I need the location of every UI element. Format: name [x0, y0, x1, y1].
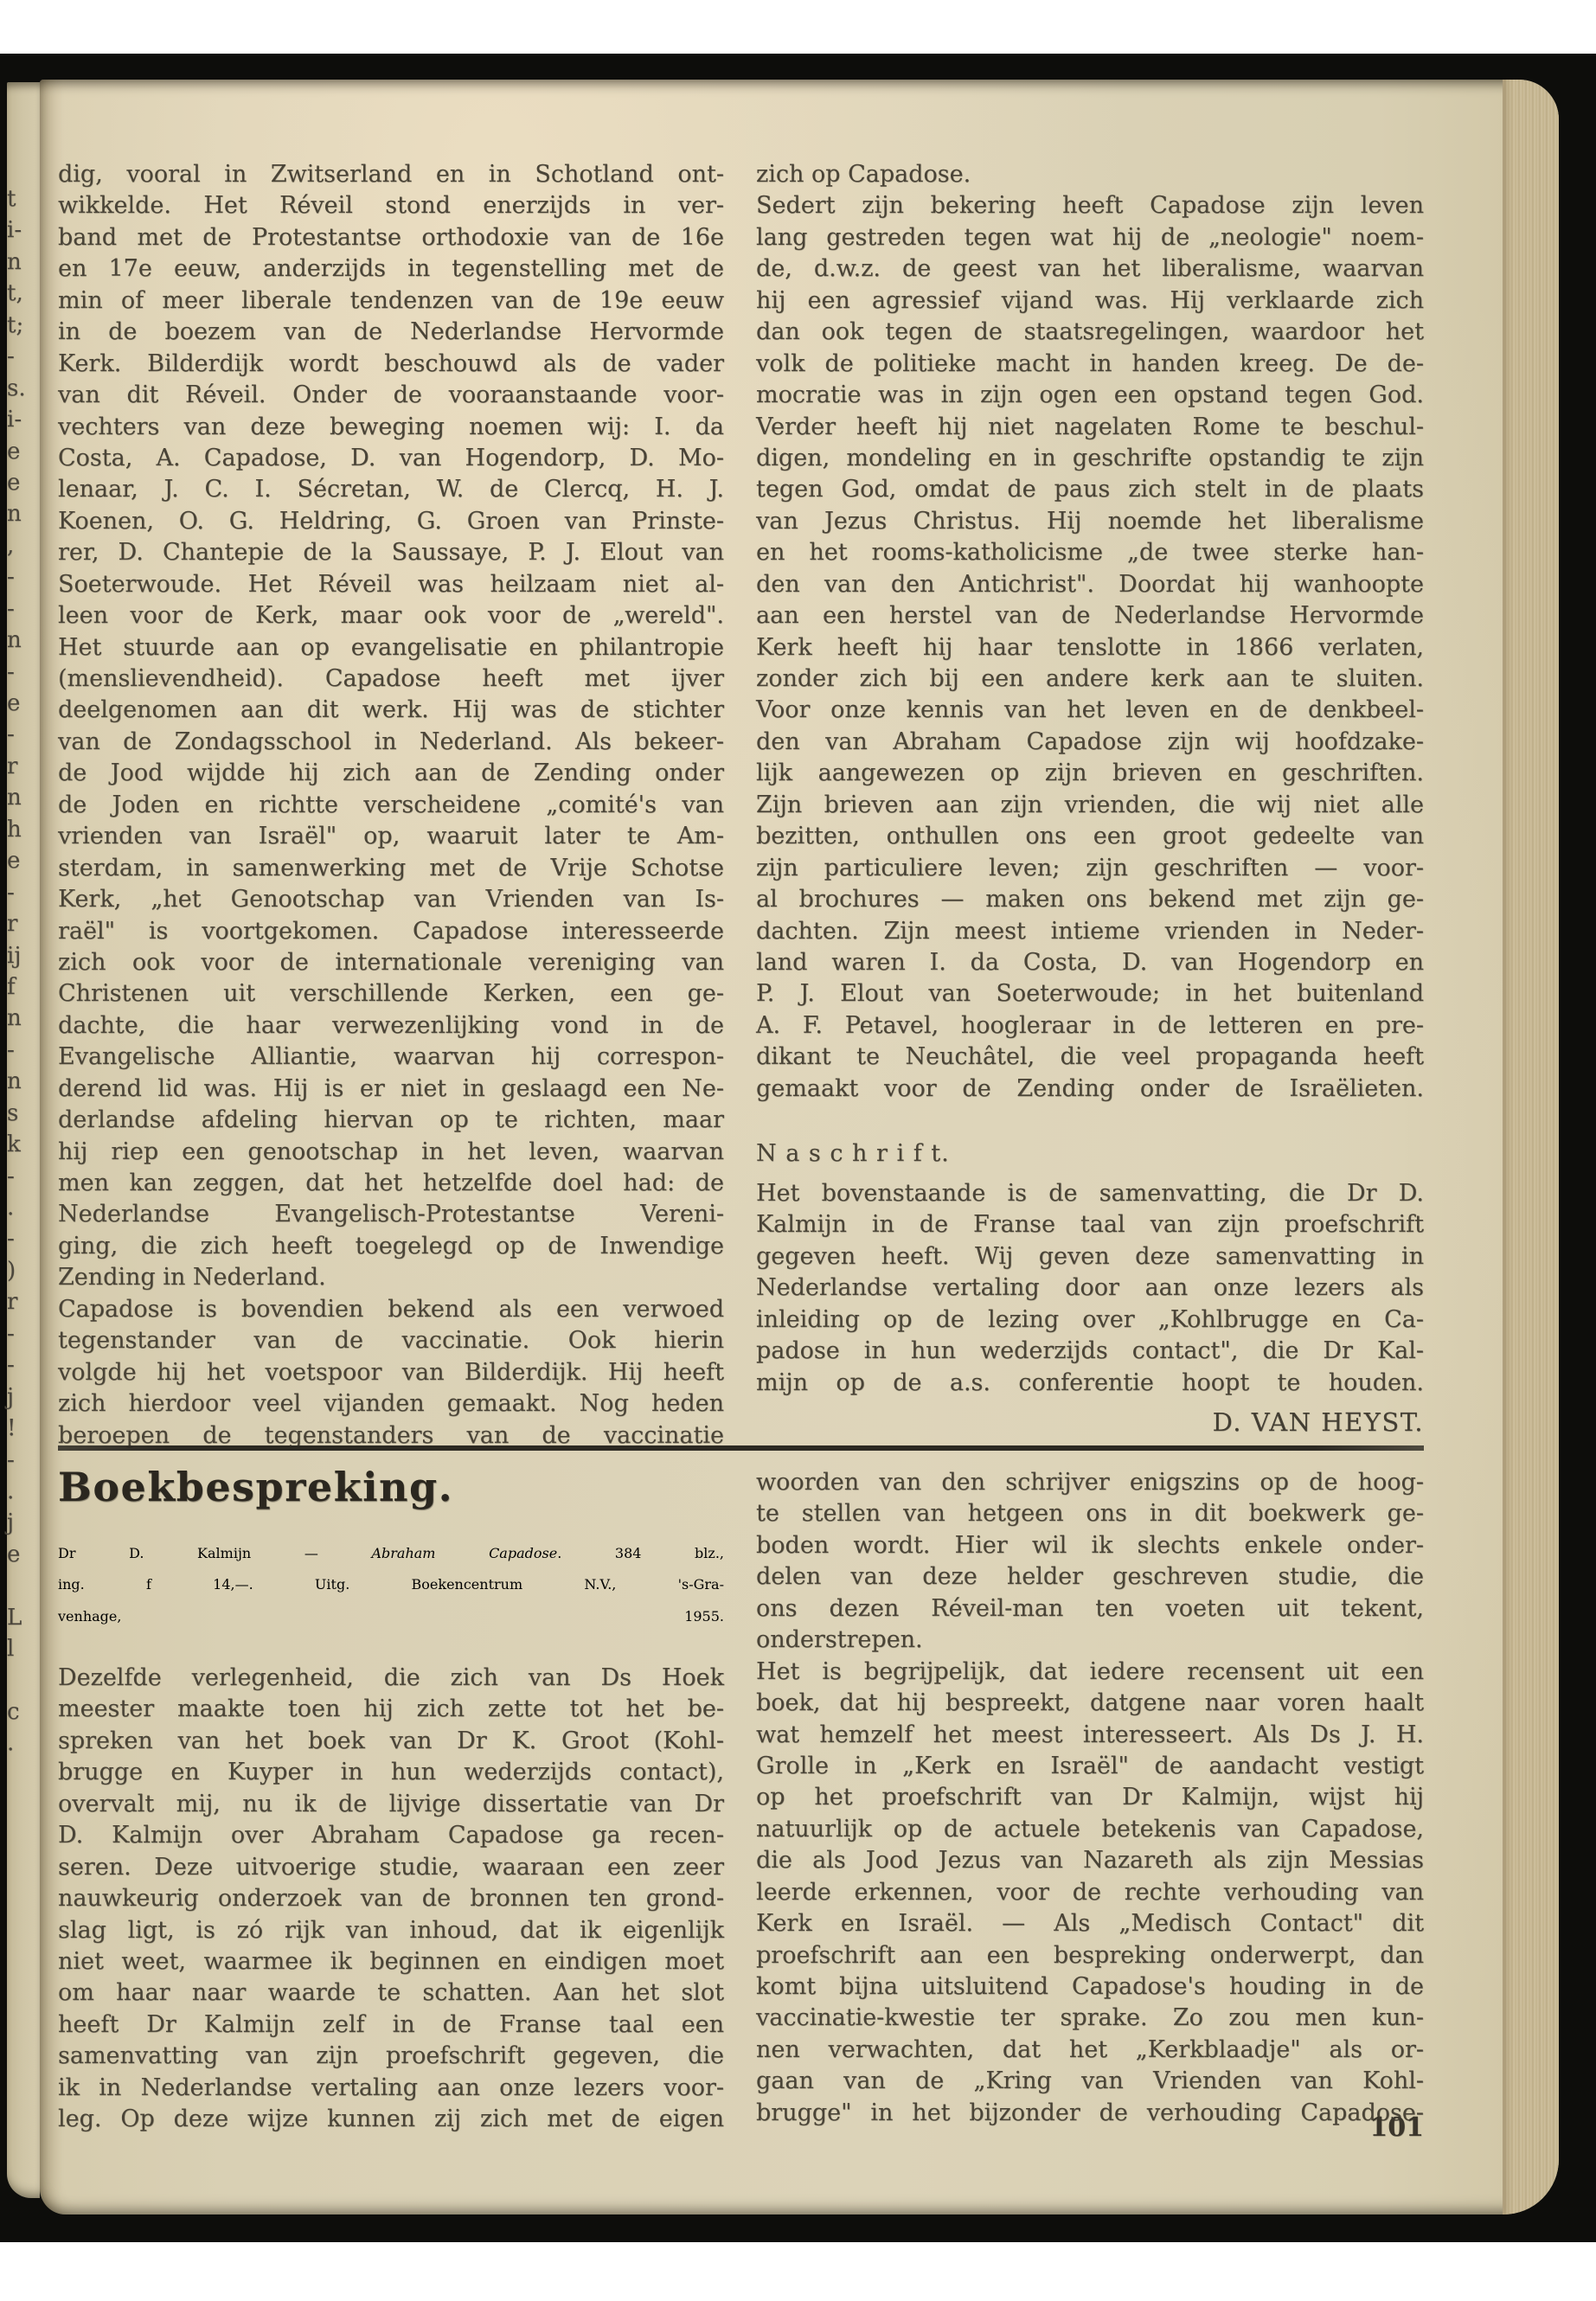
margin-fragment: t;: [7, 310, 35, 341]
margin-fragment: n: [7, 1003, 35, 1034]
margin-fragment: -: [7, 1223, 35, 1254]
author-signature: D. VAN HEYST.: [756, 1407, 1424, 1438]
text-line: natuurlijk op de actuele betekenis van C…: [756, 1814, 1424, 1845]
margin-fragment: e: [7, 688, 35, 719]
margin-fragment: n: [7, 1066, 35, 1097]
margin-fragment: n: [7, 498, 35, 529]
margin-fragment: n: [7, 782, 35, 813]
margin-fragment: .: [7, 1476, 35, 1507]
scanned-book-page-photo: { "page": { "number": "101", "signature"…: [0, 0, 1596, 2301]
margin-fragment: r: [7, 908, 35, 939]
margin-fragment: t,: [7, 278, 35, 309]
text-line: Zijn brieven aan zijn vrienden, die wij …: [756, 790, 1424, 821]
text-line: P. J. Elout van Soeterwoude; in het buit…: [756, 978, 1424, 1009]
margin-fragment: .: [7, 1192, 35, 1223]
text-line: inleiding op de lezing over „Kohlbrugge …: [756, 1304, 1424, 1336]
text-line: bezitten, onthullen ons een groot gedeel…: [756, 821, 1424, 852]
text-line: D. Kalmijn over Abraham Capadose ga rece…: [58, 1820, 724, 1851]
margin-fragment: ): [7, 1255, 35, 1286]
text-line: A. F. Petavel, hoogleraar in de letteren…: [756, 1010, 1424, 1042]
text-line: om haar naar waarde te schatten. Aan het…: [58, 1977, 724, 2009]
text-line: brugge en Kuyper in hun wederzijds conta…: [58, 1757, 724, 1788]
margin-fragment: -: [7, 561, 35, 593]
margin-fragment: -: [7, 1349, 35, 1381]
margin-fragment: n: [7, 247, 35, 278]
text-line: ik in Nederlandse vertaling aan onze lez…: [58, 2073, 724, 2104]
text-line: dachten. Zijn meest intieme vrienden in …: [756, 916, 1424, 947]
text-line: mocratie was in zijn ogen een opstand te…: [756, 380, 1424, 411]
text-line: Nederlandse vertaling door aan onze leze…: [756, 1272, 1424, 1304]
margin-fragment: n: [7, 625, 35, 656]
naschrift-paragraph: Het bovenstaande is de samenvatting, die…: [756, 1178, 1424, 1399]
text-line: samenvatting van zijn proefschrift gegev…: [58, 2041, 724, 2072]
text-line: Sedert zijn bekering heeft Capadose zijn…: [756, 190, 1424, 221]
text-line: boden wordt. Hier wil ik slechts enkele …: [756, 1530, 1424, 1561]
margin-fragment: .: [7, 1727, 35, 1759]
text-line: Kerk heeft hij haar tenslotte in 1866 ve…: [756, 632, 1424, 663]
text-line: digen, mondeling en in geschrifte opstan…: [756, 443, 1424, 474]
magazine-page: dig, vooral in Zwitserland en in Schotla…: [40, 80, 1559, 2214]
margin-fragment: -: [7, 341, 35, 372]
right-article-paragraph: zich op Capadose.Sedert zijn bekering he…: [756, 159, 1424, 1105]
text-line: lang gestreden tegen wat hij de „neologi…: [756, 222, 1424, 253]
facing-page-fragments: ti-nt,t;-s.i-een,--n-e-rnhe-rijfn-nsk-.-…: [7, 183, 35, 1759]
text-line: Grolle in „Kerk en Israël" de aandacht v…: [756, 1751, 1424, 1782]
text-line: leerde erkennen, voor de rechte verhoudi…: [756, 1877, 1424, 1908]
margin-fragment: -: [7, 719, 35, 750]
text-line: mijn op de a.s. conferentie hoopt te hou…: [756, 1368, 1424, 1399]
text-line: onderstrepen.: [756, 1625, 1424, 1656]
text-line: lijk aangewezen op zijn brieven en gesch…: [756, 758, 1424, 789]
text-line: padose in hun wederzijds contact", die D…: [756, 1336, 1424, 1367]
margin-fragment: r: [7, 1286, 35, 1317]
text-line: spreken van het boek van Dr K. Groot (Ko…: [58, 1726, 724, 1757]
margin-fragment: [7, 1665, 35, 1696]
text-line: hij een agressief vijand was. Hij verkla…: [756, 285, 1424, 317]
margin-fragment: -: [7, 1445, 35, 1476]
text-line: die als Jood Jezus van Nazareth als zijn…: [756, 1845, 1424, 1876]
margin-fragment: c: [7, 1696, 35, 1727]
text-line: woorden van den schrijver enigszins op d…: [756, 1467, 1424, 1498]
text-line: niet weet, waarmee ik beginnen en eindig…: [58, 1946, 724, 1977]
margin-fragment: j: [7, 1381, 35, 1413]
margin-fragment: t: [7, 183, 35, 215]
margin-fragment: -: [7, 1035, 35, 1066]
text-line: overvalt mij, nu ik de lijvige dissertat…: [58, 1789, 724, 1820]
margin-fragment: i-: [7, 404, 35, 435]
book-fore-edge: [1503, 80, 1559, 2214]
text-line: volk de politieke macht in handen kreeg.…: [756, 349, 1424, 380]
margin-fragment: -: [7, 1161, 35, 1192]
margin-fragment: e: [7, 436, 35, 467]
text-line: vaccinatie-kwestie ter sprake. Zo zou me…: [756, 2003, 1424, 2034]
text-line: Verder heeft hij niet nagelaten Rome te …: [756, 412, 1424, 443]
margin-fragment: [7, 1570, 35, 1601]
text-line: gemaakt voor de Zending onder de Israëli…: [756, 1074, 1424, 1105]
margin-fragment: h: [7, 814, 35, 845]
review-paragraph: Dezelfde verlegenheid, die zich van Ds H…: [58, 1663, 724, 2136]
margin-fragment: -: [7, 593, 35, 625]
margin-fragment: k: [7, 1129, 35, 1160]
text-line: nauwkeurig onderzoek van de bronnen ten …: [58, 1883, 724, 1914]
margin-fragment: ij: [7, 940, 35, 971]
text-line: dikant te Neuchâtel, die veel propaganda…: [756, 1042, 1424, 1073]
text-line: proefschrift aan een bespreking onderwer…: [756, 1940, 1424, 1971]
margin-fragment: i-: [7, 215, 35, 246]
text-line: op het proefschrift van Dr Kalmijn, wijs…: [756, 1782, 1424, 1813]
text-line: en het rooms-katholicisme „de twee sterk…: [756, 537, 1424, 568]
text-line: wat hemzelf het meest interesseert. Als …: [756, 1720, 1424, 1751]
margin-fragment: -: [7, 657, 35, 688]
text-line: land waren I. da Costa, D. van Hogendorp…: [756, 947, 1424, 978]
text-line: Dezelfde verlegenheid, die zich van Ds H…: [58, 1663, 724, 1694]
text-line: Kerk en Israël. — Als „Medisch Contact" …: [756, 1908, 1424, 1939]
text-line: boek, dat hij bespreekt, datgene naar vo…: [756, 1688, 1424, 1719]
margin-fragment: r: [7, 751, 35, 782]
margin-fragment: s.: [7, 373, 35, 404]
margin-fragment: j: [7, 1507, 35, 1538]
text-line: meester maakte toen hij zich zette tot h…: [58, 1694, 724, 1725]
text-line: dan ook tegen de staatsregelingen, waard…: [756, 317, 1424, 348]
text-line: tegen God, omdat de paus zich stelt in d…: [756, 474, 1424, 505]
text-line: slag ligt, is zó rijk van inhoud, dat ik…: [58, 1915, 724, 1946]
margin-fragment: -: [7, 1318, 35, 1349]
review-continuation-paragraph: woorden van den schrijver enigszins op d…: [756, 1467, 1424, 2129]
text-line: aan een herstel van de Nederlandse Hervo…: [756, 600, 1424, 631]
margin-fragment: s: [7, 1098, 35, 1129]
text-line: delen van deze helder geschreven studie,…: [756, 1561, 1424, 1593]
text-line: Kalmijn in de Franse taal van zijn proef…: [756, 1209, 1424, 1240]
text-line: zijn particuliere leven; zijn geschrifte…: [756, 853, 1424, 884]
margin-fragment: !: [7, 1413, 35, 1444]
text-line: Het bovenstaande is de samenvatting, die…: [756, 1178, 1424, 1209]
margin-fragment: -: [7, 877, 35, 908]
text-line: den van Abraham Capadose zijn wij hoofdz…: [756, 727, 1424, 758]
text-line: Het is begrijpelijk, dat iedere recensen…: [756, 1657, 1424, 1688]
left-column-review: Dezelfde verlegenheid, die zich van Ds H…: [58, 80, 724, 2214]
text-line: zonder zich bij een andere kerk aan te s…: [756, 663, 1424, 695]
text-line: zich op Capadose.: [756, 159, 1424, 190]
text-line: gaan van de „Kring van Vrienden van Kohl…: [756, 2066, 1424, 2097]
text-line: ons dezen Réveil-man ten voeten uit teke…: [756, 1593, 1424, 1625]
text-line: te stellen van hetgeen ons in dit boekwe…: [756, 1498, 1424, 1529]
page-number: 101: [756, 2112, 1424, 2144]
text-line: al brochures — maken ons bekend met zijn…: [756, 884, 1424, 915]
text-line: gegeven heeft. Wij geven deze samenvatti…: [756, 1241, 1424, 1272]
text-line: van Jezus Christus. Hij noemde het liber…: [756, 506, 1424, 537]
margin-fragment: ,: [7, 530, 35, 561]
text-line: heeft Dr Kalmijn zelf in de Franse taal …: [58, 2009, 724, 2041]
margin-fragment: e: [7, 1539, 35, 1570]
text-line: nen verwachten, dat het „Kerkblaadje" al…: [756, 2035, 1424, 2066]
right-column: zich op Capadose.Sedert zijn bekering he…: [756, 80, 1424, 2214]
margin-fragment: e: [7, 845, 35, 876]
text-line: den van den Antichrist". Doordat hij wan…: [756, 569, 1424, 600]
margin-fragment: e: [7, 467, 35, 498]
text-line: leg. Op deze wijze kunnen zij zich met d…: [58, 2104, 724, 2135]
margin-fragment: L: [7, 1602, 35, 1633]
text-line: komt bijna uitsluitend Capadose's houdin…: [756, 1971, 1424, 2003]
text-line: de, d.w.z. de geest van het liberalisme,…: [756, 253, 1424, 285]
text-line: Voor onze kennis van het leven en de den…: [756, 695, 1424, 726]
text-line: seren. Deze uitvoerige studie, waaraan e…: [58, 1852, 724, 1883]
margin-fragment: f: [7, 971, 35, 1003]
naschrift-heading: N a s c h r i f t.: [756, 1138, 1424, 1170]
margin-fragment: l: [7, 1633, 35, 1664]
